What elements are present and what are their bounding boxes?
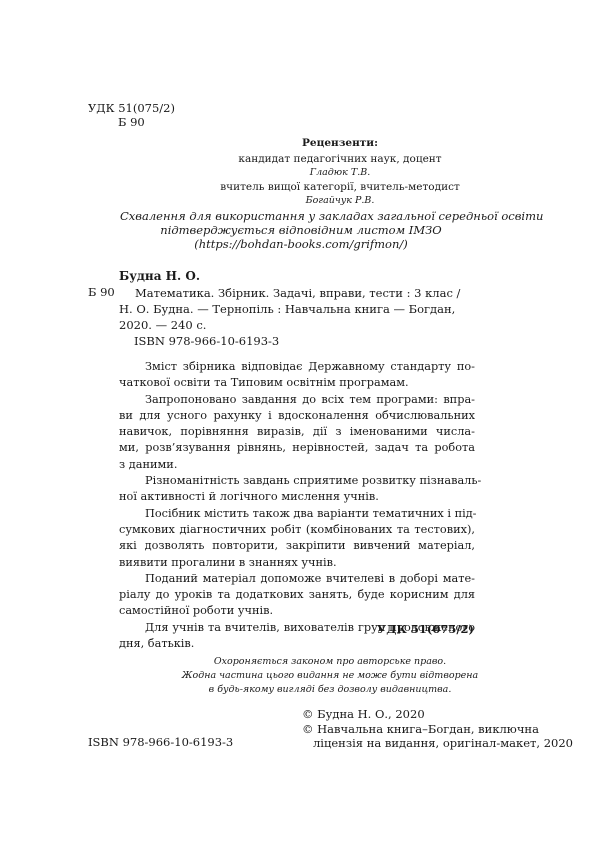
annotation-text: Зміст збірника відповідає Державному ста… bbox=[119, 359, 475, 652]
approval-link: (https://bohdan-books.com/grifmon/) bbox=[120, 237, 482, 251]
annotation-line: ми, розв’язування рівнянь, нерівностей, … bbox=[119, 440, 475, 456]
bbk-code-biblio: Б 90 bbox=[88, 285, 115, 299]
copyright-publisher-license: ліцензія на видання, оригінал-макет, 202… bbox=[302, 736, 573, 751]
isbn: ISBN 978-966-10-6193-3 bbox=[134, 334, 279, 348]
copyright-holders: © Будна Н. О., 2020 © Навчальна книга–Бо… bbox=[302, 707, 573, 751]
annotation-line: Зміст збірника відповідає Державному ста… bbox=[119, 359, 475, 375]
reviewers-block: Рецензенти: кандидат педагогічних наук, … bbox=[200, 136, 480, 208]
reviewer-description: кандидат педагогічних наук, доцент bbox=[200, 152, 480, 166]
annotation-line: Посібник містить також два варіанти тема… bbox=[119, 506, 475, 522]
udk-code-annotation: УДК 51(075/2) bbox=[377, 622, 474, 636]
annotation-line: ної активності й логічного мислення учні… bbox=[119, 489, 475, 505]
annotation-line: дня, батьків. bbox=[119, 636, 475, 652]
copyright-notice-line: Охороняється законом про авторське право… bbox=[180, 655, 480, 669]
approval-notice: Схвалення для використання у закладах за… bbox=[120, 209, 482, 251]
annotation-line: які дозволять повторити, закріпити вивче… bbox=[119, 538, 475, 554]
annotation-line: ріалу до уроків та додаткових занять, бу… bbox=[119, 587, 475, 603]
annotation-line: Різноманітність завдань сприятиме розвит… bbox=[119, 473, 475, 489]
bbk-code: Б 90 bbox=[118, 115, 145, 129]
approval-line: підтверджується відповідним листом ІМЗО bbox=[120, 223, 482, 237]
biblio-line: Математика. Збірник. Задачі, вправи, тес… bbox=[119, 285, 479, 301]
copyright-author: © Будна Н. О., 2020 bbox=[302, 707, 573, 722]
annotation-line: сумкових діагностичних робіт (комбінован… bbox=[119, 522, 475, 538]
annotation-line: Поданий матеріал допоможе вчителеві в до… bbox=[119, 571, 475, 587]
isbn-footer: ISBN 978-966-10-6193-3 bbox=[88, 735, 233, 749]
annotation-line: Запропоновано завдання до всіх тем прогр… bbox=[119, 392, 475, 408]
biblio-line: 2020. — 240 с. bbox=[119, 317, 479, 333]
reviewer-name: Богайчук Р.В. bbox=[200, 194, 480, 208]
bibliographic-description: Математика. Збірник. Задачі, вправи, тес… bbox=[119, 285, 479, 333]
annotation-line: з даними. bbox=[119, 457, 475, 473]
copyright-notice-line: в будь-якому вигляді без дозволу видавни… bbox=[180, 683, 480, 697]
biblio-line: Н. О. Будна. — Тернопіль : Навчальна кни… bbox=[119, 301, 479, 317]
copyright-publisher: © Навчальна книга–Богдан, виключна bbox=[302, 722, 573, 737]
reviewers-title: Рецензенти: bbox=[200, 136, 480, 150]
udk-code: УДК 51(075/2) bbox=[88, 101, 175, 115]
copyright-notice-line: Жодна частина цього видання не може бути… bbox=[180, 669, 480, 683]
annotation-line: чаткової освіти та Типовим освітнім прог… bbox=[119, 375, 475, 391]
annotation-line: ви для усного рахунку і вдосконалення об… bbox=[119, 408, 475, 424]
annotation-line: навичок, порівняння виразів, дії з імено… bbox=[119, 424, 475, 440]
annotation-line: самостійної роботи учнів. bbox=[119, 603, 475, 619]
author-name: Будна Н. О. bbox=[119, 269, 200, 283]
approval-line: Схвалення для використання у закладах за… bbox=[120, 209, 482, 223]
reviewer-name: Гладюк Т.В. bbox=[200, 166, 480, 180]
reviewer-description: вчитель вищої категорії, вчитель-методис… bbox=[200, 180, 480, 194]
annotation-line: виявити прогалини в знаннях учнів. bbox=[119, 555, 475, 571]
copyright-notice: Охороняється законом про авторське право… bbox=[180, 655, 480, 697]
